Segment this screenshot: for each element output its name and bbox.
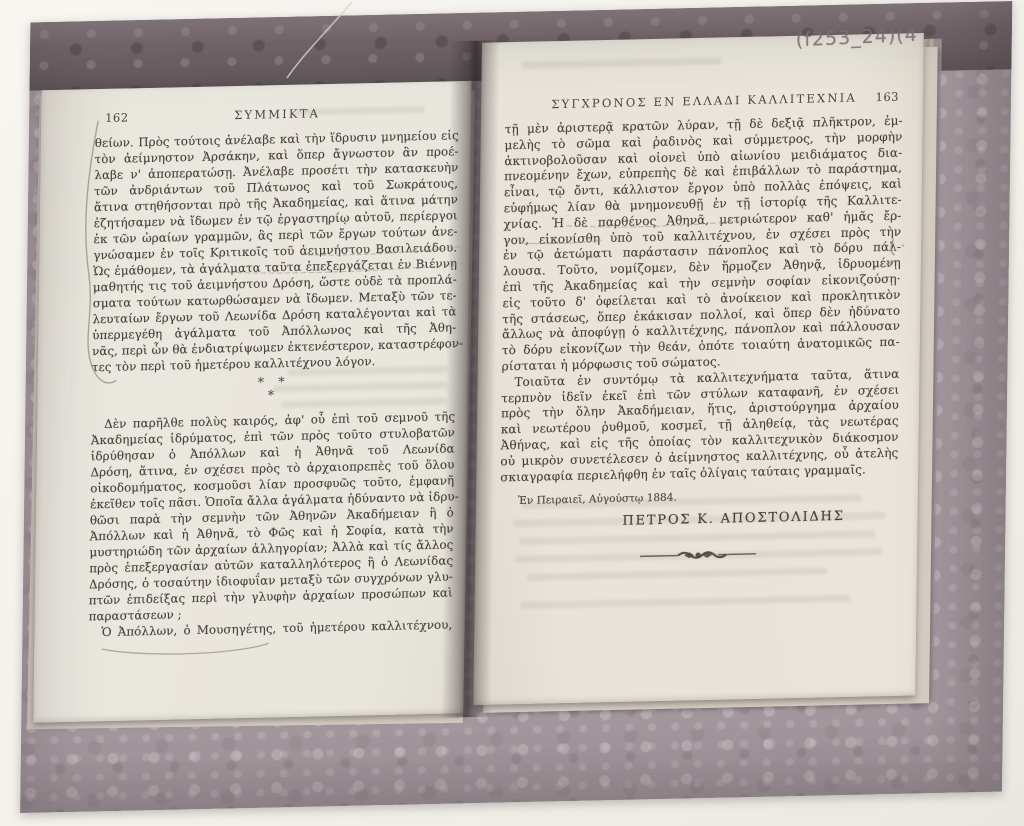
right-page: ΣΥΓΧΡΟΝΟΣ ΕΝ ΕΛΛΑΔΙ ΚΑΛΛΙΤΕΧΝΙΑ 163 τῇ μ… [473, 33, 924, 705]
left-paragraph-2: Δὲν παρῆλθε πολὺς καιρός, ἀφ' οὗ ἐπὶ τοῦ… [88, 408, 455, 640]
left-paragraph-1: θείων. Πρὸς τούτοις ἀνέλαβε καὶ τὴν ἵδρυ… [92, 127, 459, 375]
right-paragraph-2: Τοιαῦτα ἐν συντόμῳ τὰ καλλιτεχνήματα ταῦ… [500, 366, 899, 485]
show-through-line [521, 595, 851, 609]
right-page-header: ΣΥΓΧΡΟΝΟΣ ΕΝ ΕΛΛΑΔΙ ΚΑΛΛΙΤΕΧΝΙΑ 163 [505, 90, 903, 113]
right-paragraph-1: τῇ μὲν ἀριστερᾷ κρατῶν λύραν, τῇ δὲ δεξι… [502, 114, 903, 376]
right-running-header: ΣΥΓΧΡΟΝΟΣ ΕΝ ΕΛΛΑΔΙ ΚΑΛΛΙΤΕΧΝΙΑ [505, 90, 903, 113]
left-page: 162 ΣΥΜΜΙΚΤΑ θείων. Πρὸς τούτοις ἀνέλαβε… [33, 81, 471, 723]
left-page-number: 162 [105, 110, 129, 125]
book-photograph: 162 ΣΥΜΜΙΚΤΑ θείων. Πρὸς τούτοις ἀνέλαβε… [20, 1, 1012, 813]
right-page-number: 163 [875, 90, 899, 105]
show-through-line [522, 57, 722, 68]
show-through-line [527, 567, 827, 581]
